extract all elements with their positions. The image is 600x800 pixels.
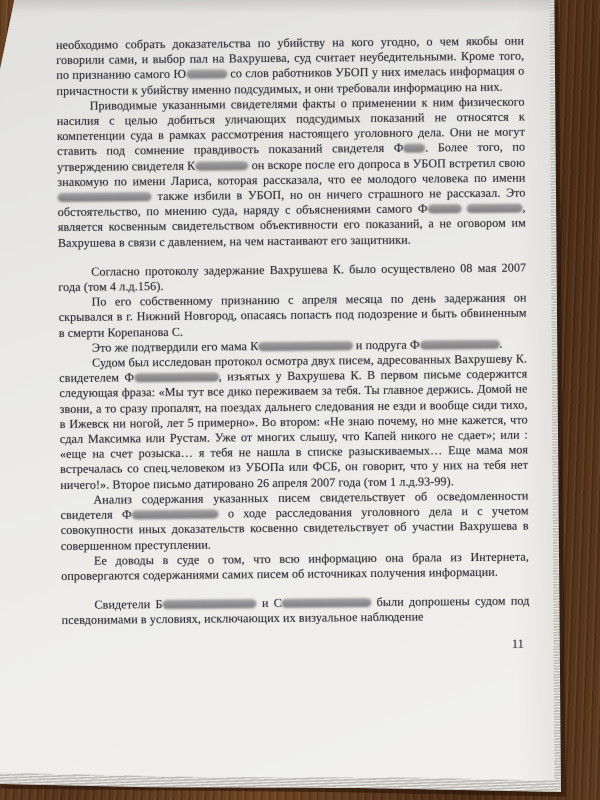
redaction-bar bbox=[57, 192, 151, 202]
document-photo: необходимо собрать доказательства по уби… bbox=[0, 0, 600, 800]
paragraph: Приводимые указанными свидетелями факты … bbox=[57, 94, 526, 251]
redaction-bar bbox=[195, 161, 248, 171]
redaction-bar bbox=[427, 204, 461, 213]
document-content: необходимо собрать доказательства по уби… bbox=[56, 34, 530, 656]
redaction-bar bbox=[132, 510, 219, 520]
redaction-bar bbox=[162, 599, 256, 609]
redaction-bar bbox=[403, 144, 425, 153]
paragraph: По его собственному признанию с апреля м… bbox=[58, 291, 526, 341]
redaction-bar bbox=[134, 373, 219, 383]
redaction-bar bbox=[420, 340, 500, 350]
redaction-bar bbox=[186, 70, 227, 79]
paragraph: Ее доводы в суде о том, что всю информац… bbox=[61, 549, 529, 584]
paper-sheet: необходимо собрать доказательства по уби… bbox=[0, 0, 600, 800]
document-text: необходимо собрать доказательства по уби… bbox=[56, 34, 530, 629]
paragraph: Согласно протоколу задержание Вахрушева … bbox=[58, 260, 526, 295]
paragraph: необходимо собрать доказательства по уби… bbox=[56, 34, 525, 99]
redaction-bar bbox=[467, 204, 523, 214]
page-number: 11 bbox=[62, 636, 530, 656]
redaction-bar bbox=[282, 598, 372, 608]
redaction-bar bbox=[258, 341, 352, 351]
paragraph: Судом был исследован протокол осмотра дв… bbox=[59, 352, 528, 493]
paragraph: Свидетели Б и С были допрошены судом под… bbox=[61, 594, 529, 629]
paragraph: Анализ содержания указанных писем свидет… bbox=[60, 488, 529, 553]
